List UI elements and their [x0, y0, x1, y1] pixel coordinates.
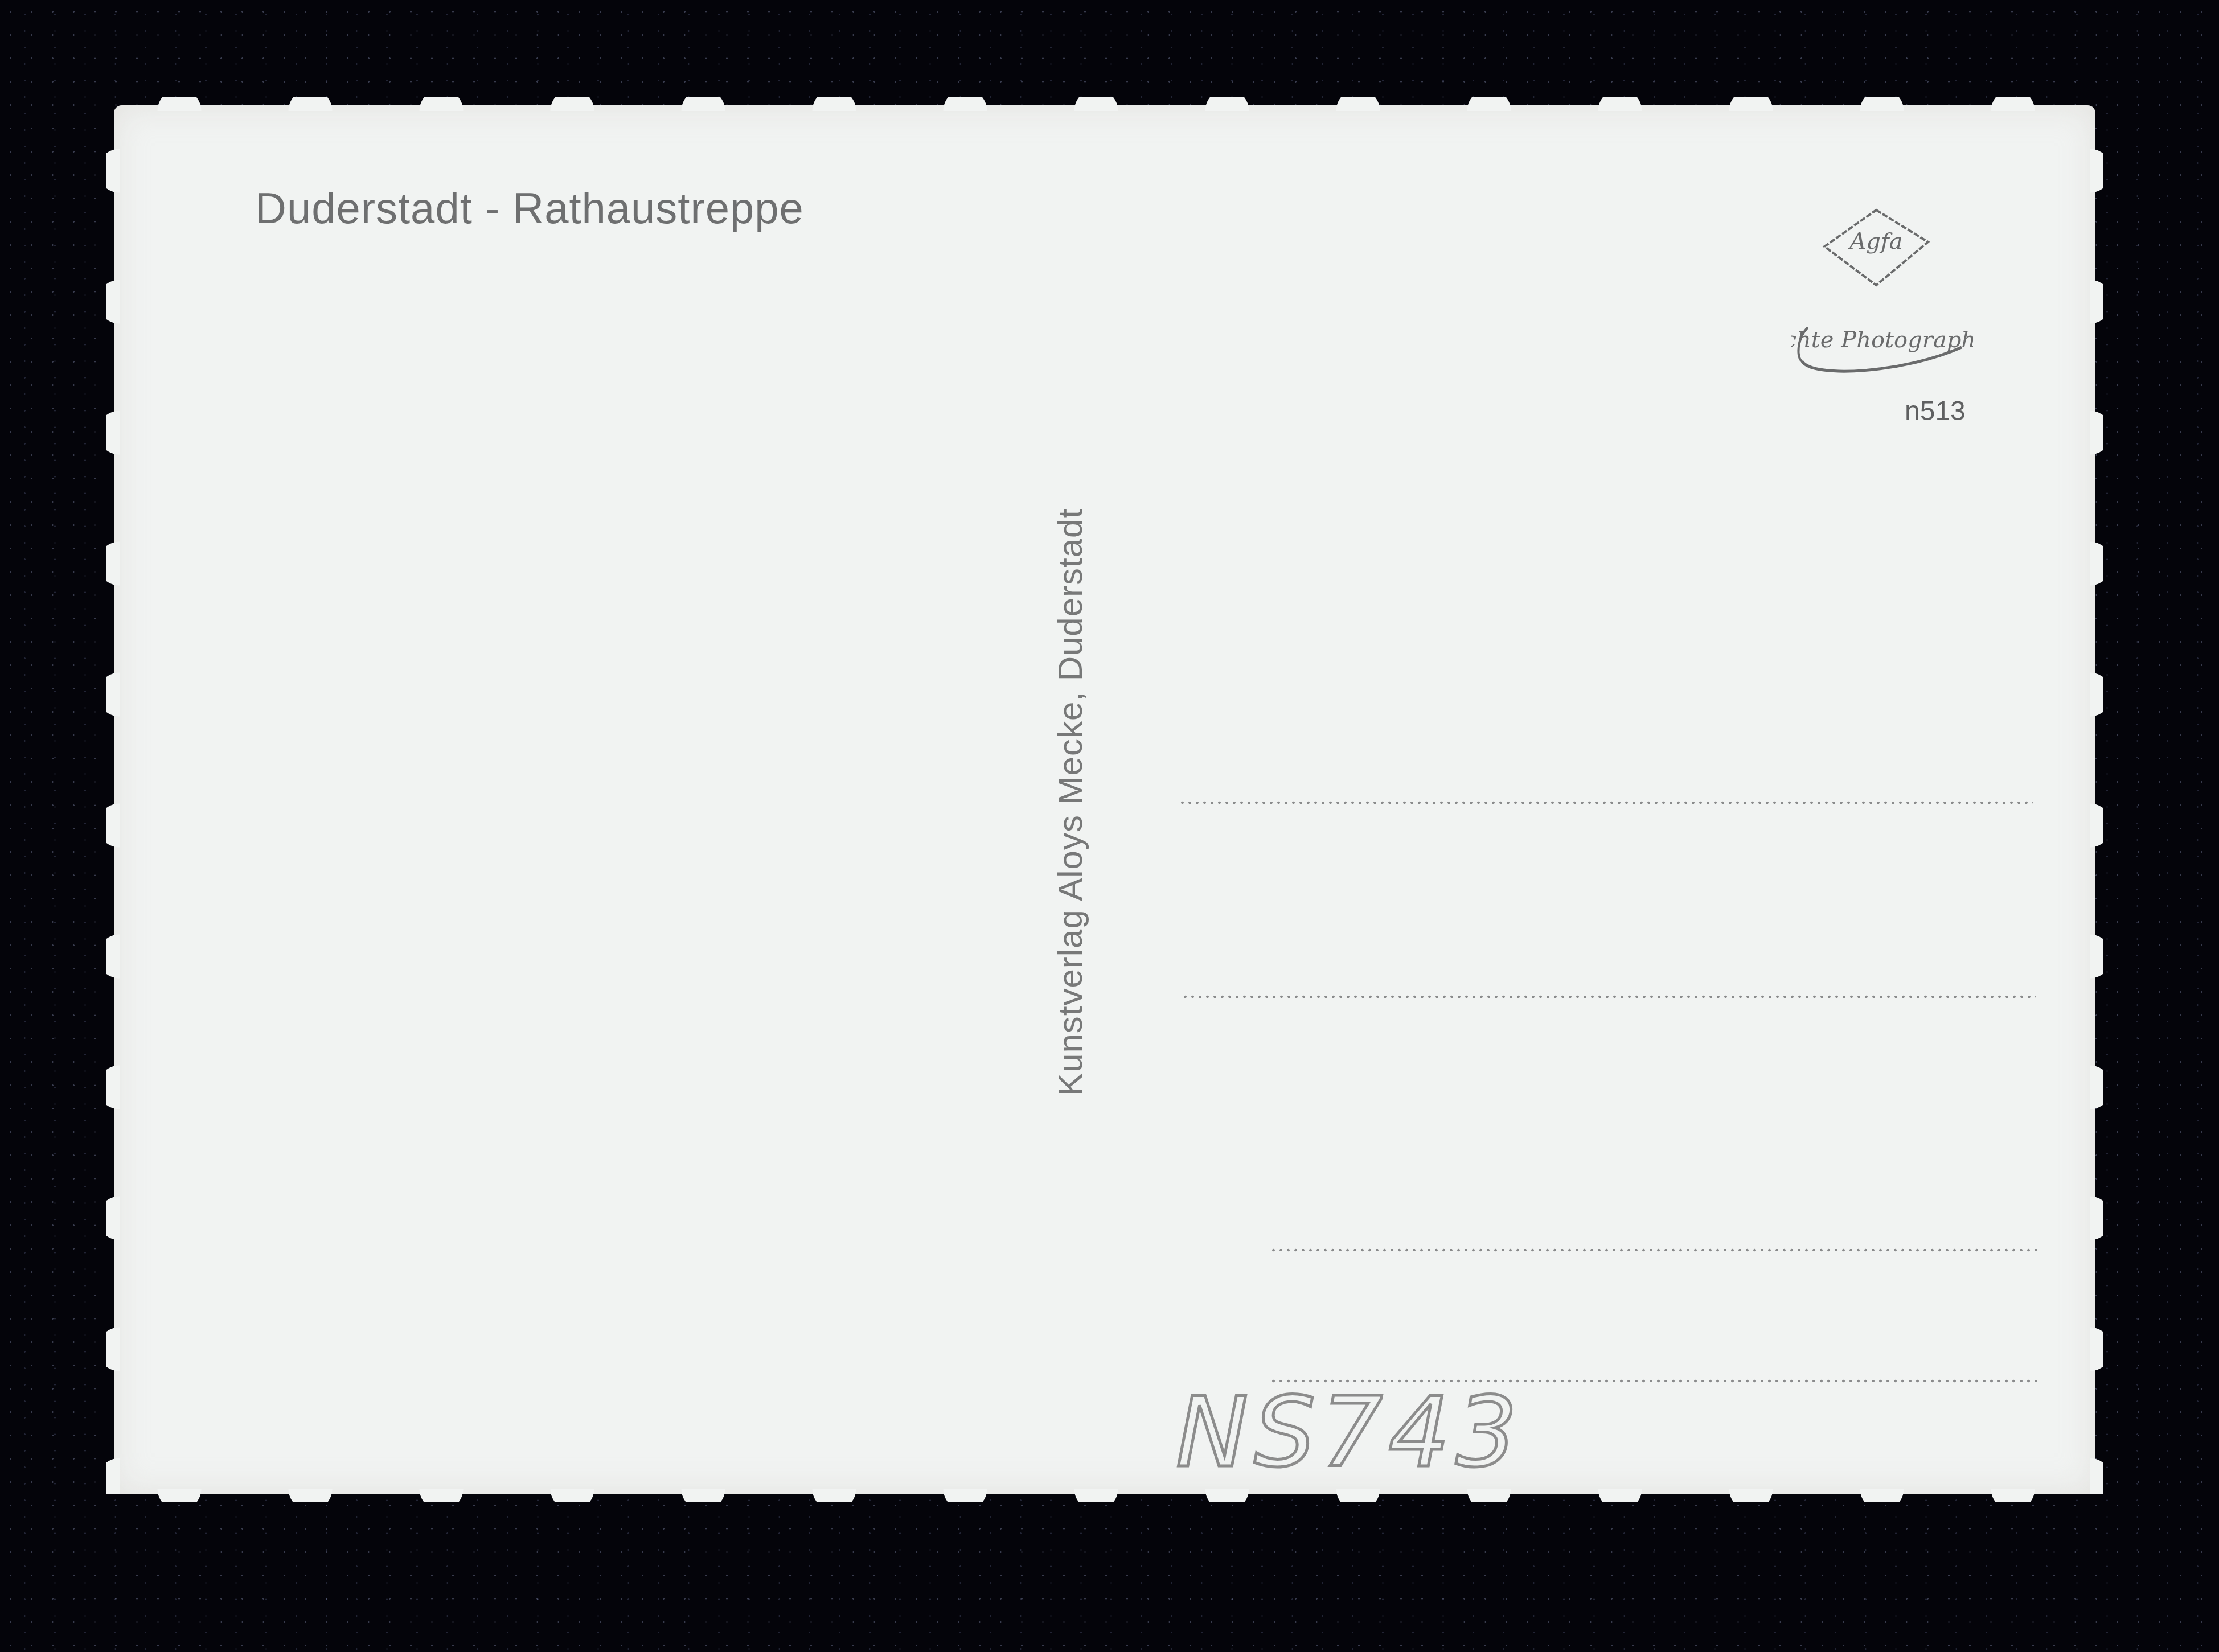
svg-text:Echte Photographie: Echte Photographie: [1791, 327, 1973, 353]
handwritten-pencil-note: NS743: [1170, 1369, 1535, 1483]
agfa-diamond-icon: Agfa: [1822, 208, 1930, 287]
deckle-edge-left: [106, 105, 120, 1494]
address-line-2: [1182, 995, 2036, 998]
address-line-3: [1270, 1248, 2038, 1252]
postcard-back: Duderstadt - Rathaustreppe Kunstverlag A…: [114, 105, 2095, 1494]
deckle-edge-bottom: [114, 1489, 2095, 1502]
publisher-imprint: Kunstverlag Aloys Mecke, Duderstadt: [1051, 508, 1090, 1096]
svg-text:Agfa: Agfa: [1847, 228, 1902, 254]
deckle-edge-right: [2090, 105, 2103, 1494]
postcard-title: Duderstadt - Rathaustreppe: [255, 184, 804, 233]
address-line-1: [1179, 801, 2033, 804]
deckle-edge-top: [114, 97, 2095, 111]
echte-photographie-logo: Echte Photographie: [1791, 293, 1973, 379]
card-code: n513: [1905, 396, 1966, 427]
svg-text:NS743: NS743: [1176, 1376, 1523, 1483]
